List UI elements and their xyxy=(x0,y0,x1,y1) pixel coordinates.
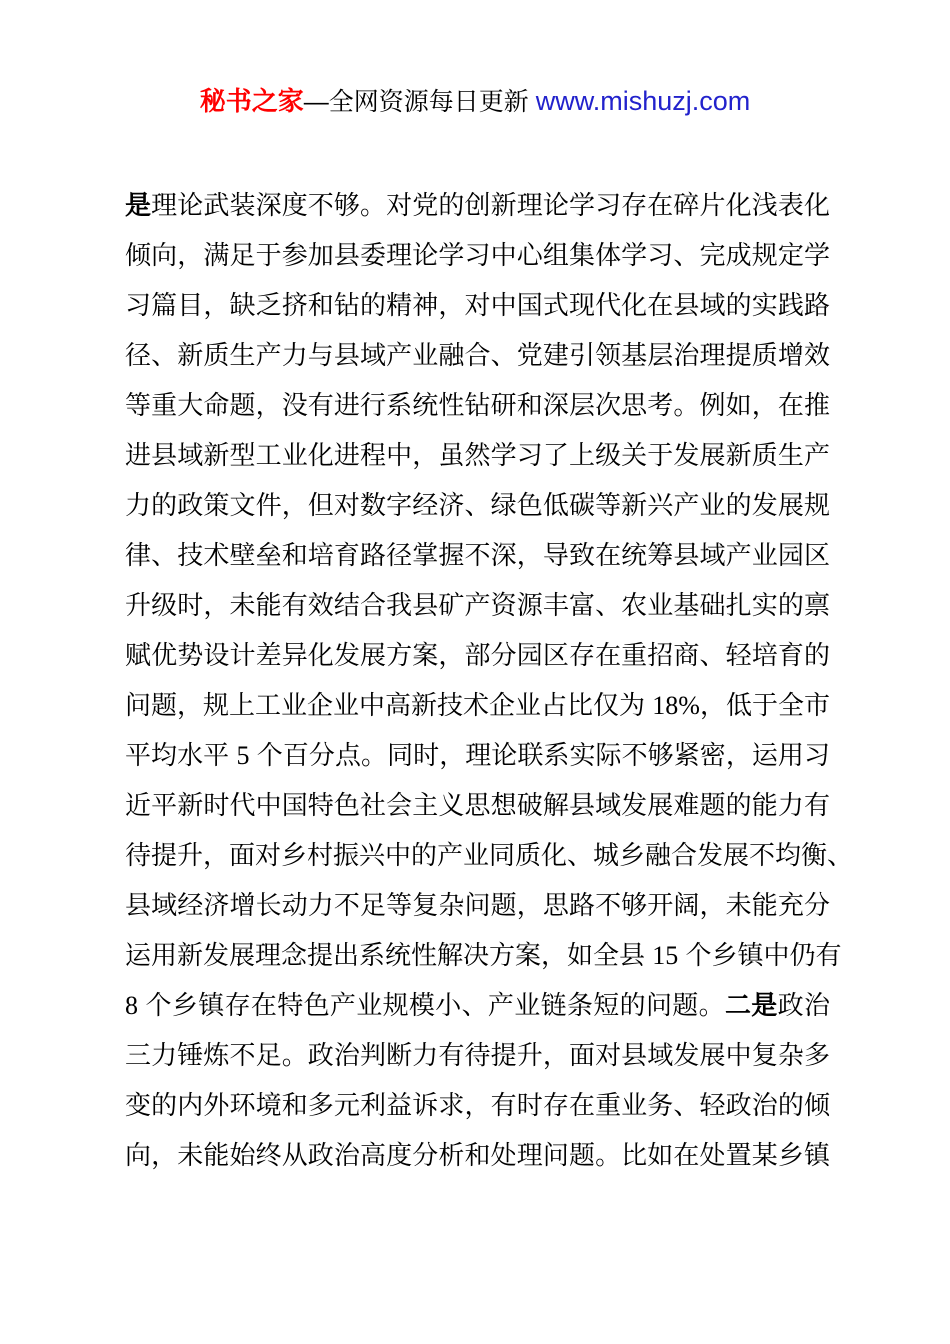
document-line: 变的内外环境和多元利益诉求，有时存在重业务、轻政治的倾 xyxy=(125,1080,830,1130)
document-line: 倾向，满足于参加县委理论学习中心组集体学习、完成规定学 xyxy=(125,230,830,280)
text-run: 变的内外环境和多元利益诉求，有时存在重业务、轻政治的倾 xyxy=(125,1090,830,1120)
text-run: 力的政策文件，但对数字经济、绿色低碳等新兴产业的发展规 xyxy=(125,490,830,520)
text-run-bold: 二是 xyxy=(725,990,778,1020)
text-run-number: 5 xyxy=(237,741,250,770)
site-url-link[interactable]: www.mishuzj.com xyxy=(536,86,751,116)
header-separator: — xyxy=(304,88,329,116)
text-run: 径、新质生产力与县域产业融合、党建引领基层治理提质增效 xyxy=(125,340,830,370)
text-run: 问题，规上工业企业中高新技术企业占比仅为 xyxy=(125,690,652,720)
document-line: 向，未能始终从政治高度分析和处理问题。比如在处置某乡镇 xyxy=(125,1130,830,1180)
text-run: ，低于全市 xyxy=(700,690,830,720)
text-run: 县域经济增长动力不足等复杂问题，思路不够开阔，未能充分 xyxy=(125,890,830,920)
text-run: 个百分点。同时，理论联系实际不够紧密，运用习 xyxy=(250,740,830,770)
text-run-number: 15 xyxy=(652,941,678,970)
text-run: 三力锤炼不足。政治判断力有待提升，面对县域发展中复杂多 xyxy=(125,1040,830,1070)
text-run: 习篇目，缺乏挤和钻的精神，对中国式现代化在县域的实践路 xyxy=(125,290,830,320)
document-line: 近平新时代中国特色社会主义思想破解县域发展难题的能力有 xyxy=(125,780,830,830)
text-run: 进县域新型工业化进程中，虽然学习了上级关于发展新质生产 xyxy=(125,440,830,470)
text-run: 个乡镇存在特色产业规模小、产业链条短的问题。 xyxy=(138,990,725,1020)
site-name: 秘书之家 xyxy=(200,86,304,116)
text-run: 向，未能始终从政治高度分析和处理问题。比如在处置某乡镇 xyxy=(125,1140,830,1170)
document-line: 律、技术壁垒和培育路径掌握不深，导致在统筹县域产业园区 xyxy=(125,530,830,580)
document-line: 县域经济增长动力不足等复杂问题，思路不够开阔，未能充分 xyxy=(125,880,830,930)
text-run: 倾向，满足于参加县委理论学习中心组集体学习、完成规定学 xyxy=(125,240,830,270)
document-line: 升级时，未能有效结合我县矿产资源丰富、农业基础扎实的禀 xyxy=(125,580,830,630)
text-run: 待提升，面对乡村振兴中的产业同质化、城乡融合发展不均衡、 xyxy=(125,840,853,870)
text-run: 个乡镇中仍有 xyxy=(678,940,841,970)
document-line: 力的政策文件，但对数字经济、绿色低碳等新兴产业的发展规 xyxy=(125,480,830,530)
text-run: 赋优势设计差异化发展方案，部分园区存在重招商、轻培育的 xyxy=(125,640,830,670)
document-line: 习篇目，缺乏挤和钻的精神，对中国式现代化在县域的实践路 xyxy=(125,280,830,330)
text-run-number: 8 xyxy=(125,991,138,1020)
document-line: 赋优势设计差异化发展方案，部分园区存在重招商、轻培育的 xyxy=(125,630,830,680)
text-run: 升级时，未能有效结合我县矿产资源丰富、农业基础扎实的禀 xyxy=(125,590,830,620)
text-run: 近平新时代中国特色社会主义思想破解县域发展难题的能力有 xyxy=(125,790,830,820)
document-line: 问题，规上工业企业中高新技术企业占比仅为 18%，低于全市 xyxy=(125,680,830,730)
document-line: 运用新发展理念提出系统性解决方案，如全县 15 个乡镇中仍有 xyxy=(125,930,830,980)
document-line: 径、新质生产力与县域产业融合、党建引领基层治理提质增效 xyxy=(125,330,830,380)
document-line: 三力锤炼不足。政治判断力有待提升，面对县域发展中复杂多 xyxy=(125,1030,830,1080)
document-body: 是理论武装深度不够。对党的创新理论学习存在碎片化浅表化倾向，满足于参加县委理论学… xyxy=(125,180,830,1180)
text-run: 等重大命题，没有进行系统性钻研和深层次思考。例如，在推 xyxy=(125,390,830,420)
text-run: 理论武装深度不够。对党的创新理论学习存在碎片化浅表化 xyxy=(151,190,830,220)
document-line: 待提升，面对乡村振兴中的产业同质化、城乡融合发展不均衡、 xyxy=(125,830,830,880)
text-run: 政治 xyxy=(778,990,830,1020)
text-run: 运用新发展理念提出系统性解决方案，如全县 xyxy=(125,940,652,970)
document-line: 是理论武装深度不够。对党的创新理论学习存在碎片化浅表化 xyxy=(125,180,830,230)
document-line: 进县域新型工业化进程中，虽然学习了上级关于发展新质生产 xyxy=(125,430,830,480)
document-line: 8 个乡镇存在特色产业规模小、产业链条短的问题。二是政治 xyxy=(125,980,830,1030)
header-tagline: 全网资源每日更新 xyxy=(329,88,536,116)
document-line: 等重大命题，没有进行系统性钻研和深层次思考。例如，在推 xyxy=(125,380,830,430)
page-header: 秘书之家—全网资源每日更新 www.mishuzj.com xyxy=(0,84,950,119)
text-run-number: 18% xyxy=(652,691,700,720)
text-run: 平均水平 xyxy=(125,740,237,770)
text-run-bold: 是 xyxy=(125,190,151,220)
text-run: 律、技术壁垒和培育路径掌握不深，导致在统筹县域产业园区 xyxy=(125,540,830,570)
document-page: 秘书之家—全网资源每日更新 www.mishuzj.com 是理论武装深度不够。… xyxy=(0,0,950,1344)
document-line: 平均水平 5 个百分点。同时，理论联系实际不够紧密，运用习 xyxy=(125,730,830,780)
